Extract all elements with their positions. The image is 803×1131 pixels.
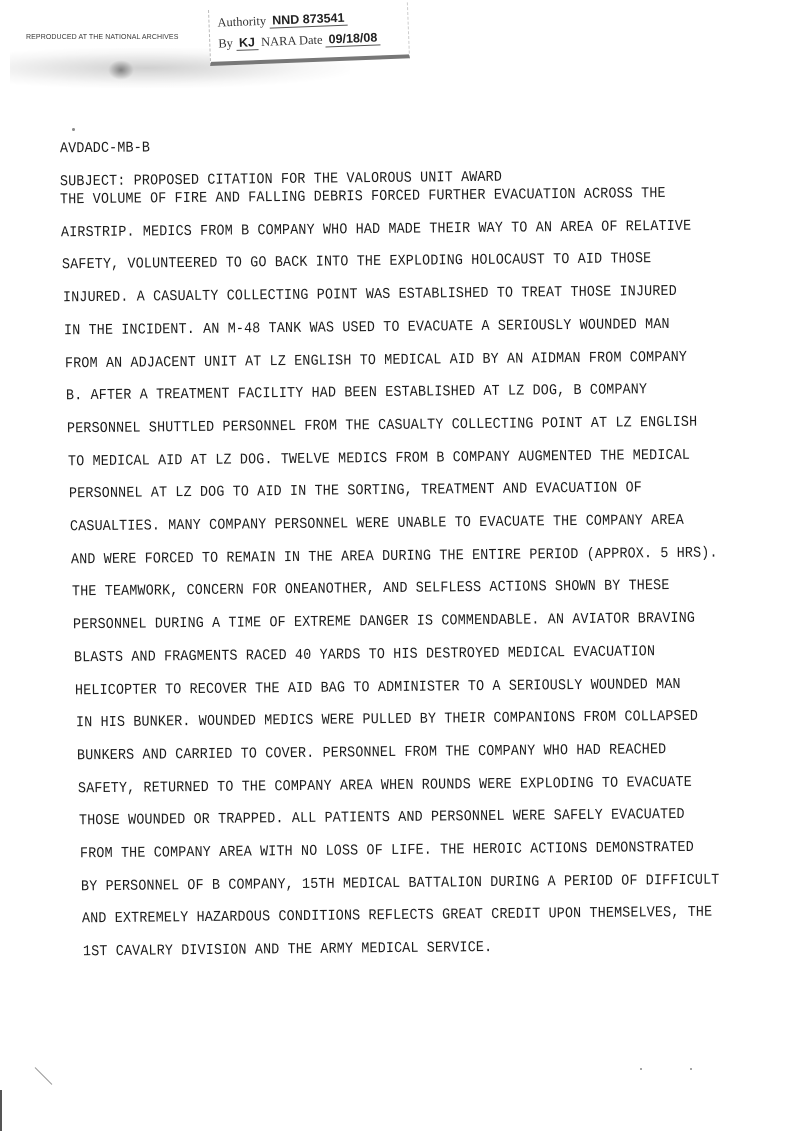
stamp-authority-value: NND 873541 xyxy=(269,11,348,29)
scan-scratch xyxy=(35,1067,53,1085)
scan-edge xyxy=(0,1090,2,1131)
stamp-authority-row: Authority NND 873541 xyxy=(217,11,347,31)
body-text-line: THE TEAMWORK, CONCERN FOR ONEANOTHER, AN… xyxy=(72,578,670,601)
office-symbol: AVDADC-MB-B xyxy=(60,140,150,158)
body-text-line: BLASTS AND FRAGMENTS RACED 40 YARDS TO H… xyxy=(74,644,655,667)
body-text-line: BY PERSONNEL OF B COMPANY, 15TH MEDICAL … xyxy=(81,872,720,895)
stamp-nara-date-label: NARA Date xyxy=(261,33,323,49)
scan-speck xyxy=(690,1068,692,1070)
body-text-line: PERSONNEL AT LZ DOG TO AID IN THE SORTIN… xyxy=(69,480,642,503)
body-text-line: THOSE WOUNDED OR TRAPPED. ALL PATIENTS A… xyxy=(79,807,685,830)
body-text-line: FROM THE COMPANY AREA WITH NO LOSS OF LI… xyxy=(80,840,694,863)
body-text-line: IN HIS BUNKER. WOUNDED MEDICS WERE PULLE… xyxy=(76,709,698,732)
body-text-line: PERSONNEL SHUTTLED PERSONNEL FROM THE CA… xyxy=(67,414,697,437)
scan-speck xyxy=(640,1068,642,1070)
body-text-line: AND EXTREMELY HAZARDOUS CONDITIONS REFLE… xyxy=(82,905,712,928)
body-text-line: HELICOPTER TO RECOVER THE AID BAG TO ADM… xyxy=(75,676,681,699)
body-text-line: TO MEDICAL AID AT LZ DOG. TWELVE MEDICS … xyxy=(68,447,690,470)
stamp-authority-label: Authority xyxy=(217,14,266,30)
scan-speck xyxy=(72,128,75,131)
stamp-by-value: KJ xyxy=(236,35,259,51)
stamp-nara-date-value: 09/18/08 xyxy=(325,30,380,47)
body-text-line: SAFETY, VOLUNTEERED TO GO BACK INTO THE … xyxy=(62,251,652,274)
body-text-line: INJURED. A CASUALTY COLLECTING POINT WAS… xyxy=(63,284,677,307)
body-text-line: SAFETY, RETURNED TO THE COMPANY AREA WHE… xyxy=(78,774,692,797)
body-text-line: 1ST CAVALRY DIVISION AND THE ARMY MEDICA… xyxy=(83,940,492,961)
body-text-line: FROM AN ADJACENT UNIT AT LZ ENGLISH TO M… xyxy=(65,349,687,372)
declassification-stamp: Authority NND 873541 By KJ NARA Date 09/… xyxy=(208,2,410,66)
scan-smudge-dark xyxy=(108,60,134,80)
archive-reproduction-label: REPRODUCED AT THE NATIONAL ARCHIVES xyxy=(26,34,178,41)
stamp-by-label: By xyxy=(218,36,233,51)
body-text-line: B. AFTER A TREATMENT FACILITY HAD BEEN E… xyxy=(66,382,647,405)
body-text-line: IN THE INCIDENT. AN M-48 TANK WAS USED T… xyxy=(64,317,670,340)
scanned-document-page: REPRODUCED AT THE NATIONAL ARCHIVES Auth… xyxy=(0,0,803,1131)
body-text-line: CASUALTIES. MANY COMPANY PERSONNEL WERE … xyxy=(70,513,684,536)
body-text-line: AND WERE FORCED TO REMAIN IN THE AREA DU… xyxy=(71,545,718,569)
stamp-by-row: By KJ NARA Date 09/18/08 xyxy=(218,30,381,51)
body-text-line: PERSONNEL DURING A TIME OF EXTREME DANGE… xyxy=(73,611,695,634)
body-text-line: BUNKERS AND CARRIED TO COVER. PERSONNEL … xyxy=(77,742,667,765)
body-text-line: AIRSTRIP. MEDICS FROM B COMPANY WHO HAD … xyxy=(61,218,691,241)
